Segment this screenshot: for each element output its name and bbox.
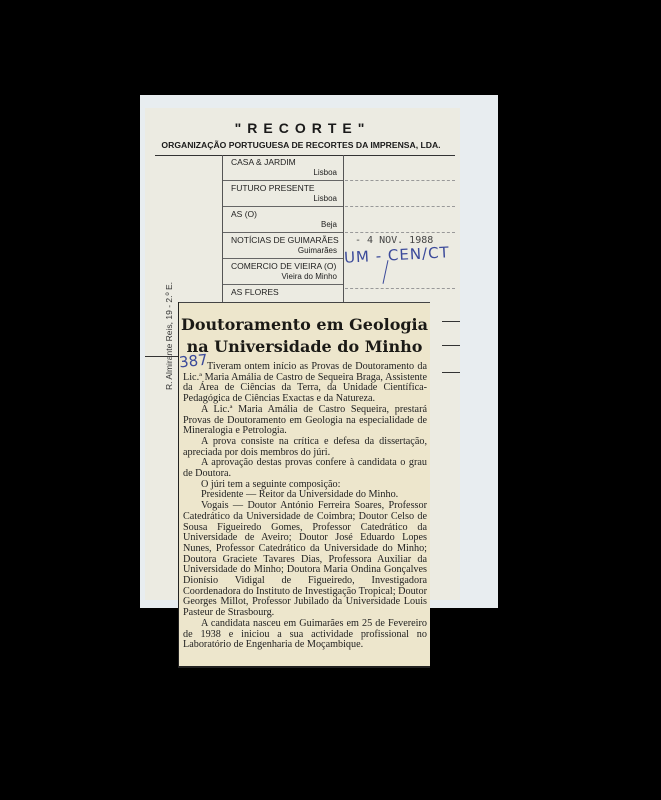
publication-row: CASA & JARDIM Lisboa — [223, 155, 343, 181]
publication-name: AS FLORES — [231, 287, 279, 297]
publication-list: CASA & JARDIM Lisboa FUTURO PRESENTE Lis… — [222, 155, 344, 305]
form-subtitle: ORGANIZAÇÃO PORTUGUESA DE RECORTES DA IM… — [151, 140, 451, 150]
date-line — [345, 232, 455, 234]
publication-city: Guimarães — [298, 246, 337, 255]
article-body: Tiveram ontem início as Provas de Doutor… — [183, 362, 427, 651]
publication-city: Lisboa — [313, 168, 337, 177]
publication-name: AS (O) — [231, 209, 257, 219]
paragraph: A Lic.ª Maria Amália de Castro Sequeira,… — [183, 405, 427, 437]
publication-row: FUTURO PRESENTE Lisboa — [223, 181, 343, 207]
newspaper-clipping: Doutoramento em Geologia na Universidade… — [178, 302, 430, 668]
paragraph: A prova consiste na crítica e defesa da … — [183, 437, 427, 458]
publication-city: Vieira do Minho — [282, 272, 337, 281]
form-title: "RECORTE" — [145, 120, 460, 136]
publication-city: Lisboa — [313, 194, 337, 203]
margin-mark — [145, 356, 178, 357]
paragraph: Tiveram ontem início as Provas de Doutor… — [183, 362, 427, 405]
handwritten-code: UM - CEN/CT — [344, 243, 451, 267]
margin-mark — [442, 345, 460, 346]
paragraph: A aprovação destas provas confere à cand… — [183, 458, 427, 479]
publication-name: NOTÍCIAS DE GUIMARÃES — [231, 235, 339, 245]
paragraph: Vogais — Doutor António Ferreira Soares,… — [183, 501, 427, 619]
date-line — [345, 288, 455, 290]
publication-name: CASA & JARDIM — [231, 157, 296, 167]
date-line — [345, 180, 455, 182]
clipping-top-edge — [179, 302, 430, 303]
date-line — [345, 206, 455, 208]
publication-city: Beja — [321, 220, 337, 229]
publication-name: FUTURO PRESENTE — [231, 183, 315, 193]
headline-line-1: Doutoramento em Geologia — [179, 314, 430, 336]
address-line-1: R. Almirante Reis, 19 - 2.º E. — [164, 282, 174, 390]
publication-row: COMERCIO DE VIEIRA (O) Vieira do Minho — [223, 259, 343, 285]
paragraph: A candidata nasceu em Guimarães em 25 de… — [183, 619, 427, 651]
margin-mark — [442, 321, 460, 322]
publication-row: NOTÍCIAS DE GUIMARÃES Guimarães — [223, 233, 343, 259]
headline-line-2: na Universidade do Minho — [179, 336, 430, 358]
publication-row: AS (O) Beja — [223, 207, 343, 233]
publication-name: COMERCIO DE VIEIRA (O) — [231, 261, 336, 271]
headline: Doutoramento em Geologia na Universidade… — [179, 314, 430, 358]
margin-mark — [442, 372, 460, 373]
